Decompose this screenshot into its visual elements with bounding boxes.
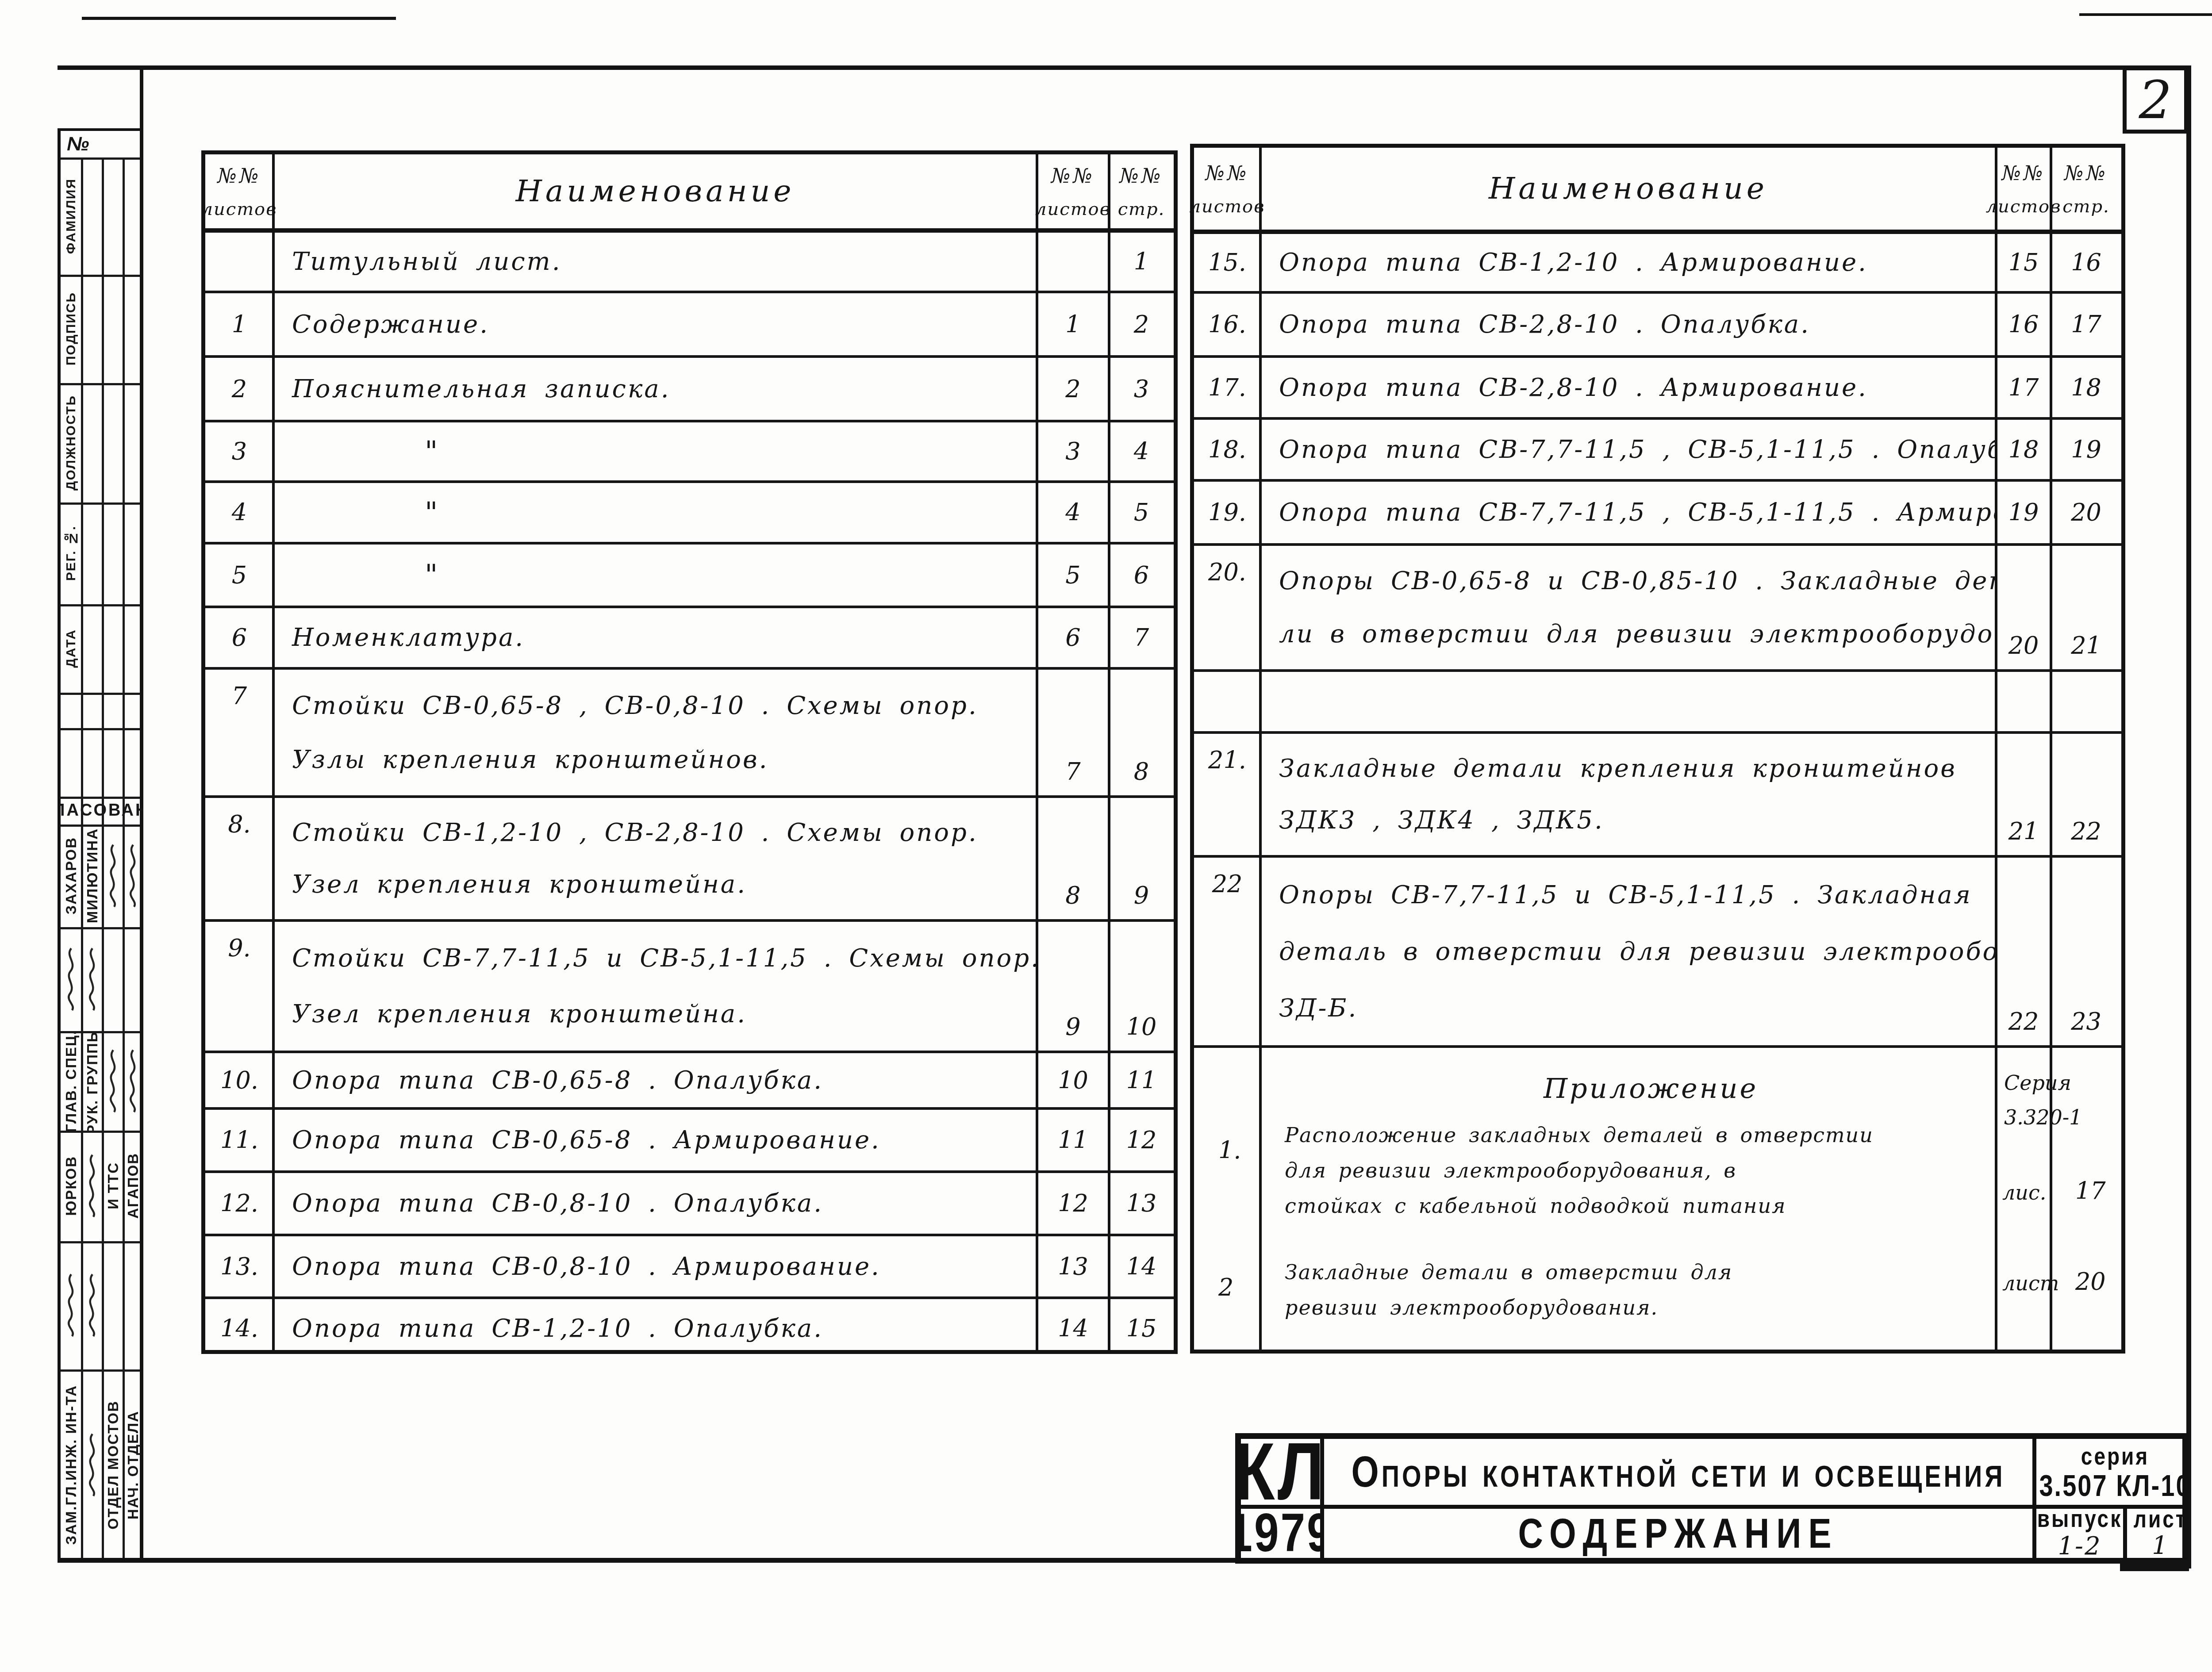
header-name-label: Наименование	[1489, 171, 1768, 206]
sheet-number-cell: 12	[1037, 1173, 1109, 1234]
sheet-number-cell: 9	[1037, 922, 1109, 1051]
page-number: 11	[1126, 1066, 1157, 1094]
table-row: 7Стойки СВ-0,65-8 , СВ-0,8-10 . Схемы оп…	[205, 670, 1174, 798]
name-cell: Титульный лист.	[273, 233, 1037, 291]
name-line: Опора типа СВ-0,65-8 . Опалубка.	[292, 1066, 823, 1095]
page-number-cell: 19	[2051, 420, 2121, 479]
sheet-number-cell: 3	[1037, 422, 1109, 480]
page-number-cell: 23	[2051, 858, 2121, 1045]
name-line: Опора типа СВ-2,8-10 . Армирование.	[1279, 373, 1868, 402]
row-number: 7	[232, 682, 247, 710]
name-cell: Опора типа СВ-0,65-8 . Опалубка.	[273, 1053, 1037, 1107]
issue-cell: выпуск 1-2	[2036, 1509, 2123, 1558]
row-number: 20.	[1208, 558, 1246, 586]
header-sub-label: листов	[1035, 199, 1111, 219]
sheet-number: 18	[2008, 436, 2039, 464]
row-number-cell: 10.	[205, 1053, 273, 1107]
row-number-cell: 22	[1194, 858, 1260, 1045]
row-number: 16.	[1208, 311, 1246, 338]
appendix-title: Приложение	[1544, 1072, 1758, 1104]
contents-table-right: №№листовНаименование№№листов№№стр.15.Опо…	[1190, 144, 2125, 1354]
sheet-number: 17	[2008, 374, 2039, 402]
column-divider	[1995, 148, 1997, 1350]
page-number: 19	[2071, 436, 2101, 464]
sheet-number: 6	[1065, 624, 1080, 652]
sidebar-entry-label: ГЛАВ. СПЕЦ.	[63, 1031, 80, 1131]
column-divider	[1259, 148, 1262, 1350]
sidebar-header-label: ПОДПИСЬ	[64, 292, 79, 365]
sheet-number-cell: 11	[1037, 1110, 1109, 1170]
table-row: 22Опоры СВ-7,7-11,5 и СВ-5,1-11,5 . Закл…	[1194, 858, 2121, 1048]
page-number-cell: 13	[1109, 1173, 1174, 1234]
page-number: 2	[1134, 311, 1149, 338]
row-number-cell: 3	[205, 422, 273, 480]
name-cell: Опора типа СВ-2,8-10 . Армирование.	[1260, 358, 1996, 417]
page-number: 18	[2071, 374, 2101, 402]
sheet-number-cell: 20	[1996, 546, 2051, 669]
frame-top-border	[58, 65, 2191, 70]
page-number: 5	[1134, 499, 1149, 526]
row-number: 2	[232, 375, 247, 403]
name-cell: "	[273, 422, 1037, 480]
appendix-item-line: Закладные детали в отверстии для	[1285, 1260, 1732, 1284]
table-row: 4"45	[205, 483, 1174, 545]
year: 1979	[1241, 1509, 1320, 1558]
table-row: 18.Опора типа СВ-7,7-11,5 , СВ-5,1-11,5 …	[1194, 420, 2121, 482]
sidebar-entry-label: НАЧ. ОТДЕЛА	[125, 1411, 142, 1519]
sheet-number-cell: 2	[1037, 358, 1109, 420]
name-line: Номенклатура.	[292, 623, 525, 652]
table-row: 8.Стойки СВ-1,2-10 , СВ-2,8-10 . Схемы о…	[205, 798, 1174, 922]
table-row: 9.Стойки СВ-7,7-11,5 и СВ-5,1-11,5 . Схе…	[205, 922, 1174, 1053]
name-line: "	[292, 559, 439, 591]
row-number: 6	[232, 624, 247, 652]
signature-scribble-icon	[124, 841, 142, 910]
sheet-number: 4	[1065, 499, 1080, 526]
page-number: 7	[1134, 624, 1149, 652]
sheet-number-cell: 14	[1037, 1299, 1109, 1358]
page-number-cell: 14	[1109, 1236, 1174, 1296]
sheet-number: 16	[2008, 311, 2039, 338]
name-line: Стойки СВ-1,2-10 , СВ-2,8-10 . Схемы опо…	[292, 818, 978, 847]
sidebar-header-label: РЕГ. №.	[64, 525, 79, 581]
sheet-cell: лист 1	[2127, 1509, 2194, 1558]
table-row: 5"56	[205, 545, 1174, 608]
page-number: 15	[1126, 1315, 1157, 1342]
page-number-cell: 3	[1109, 358, 1174, 420]
name-cell: Номенклатура.	[273, 608, 1037, 667]
row-number-cell	[1194, 672, 1260, 731]
row-number: 9.	[228, 934, 251, 962]
sheet-number: 13	[1058, 1253, 1088, 1281]
hdr-col-pages: №№стр.	[1109, 154, 1174, 228]
page-number-cell: 8	[1109, 670, 1174, 795]
name-cell: Закладные детали крепления кронштейновЗД…	[1260, 734, 1996, 855]
sheet-number-cell: 5	[1037, 545, 1109, 606]
registry-number-cell: №	[61, 131, 143, 157]
signature-scribble-icon	[124, 1047, 142, 1116]
sidebar-header-cell: ПОДПИСЬ	[61, 275, 82, 383]
sheet-number: 22	[2008, 1008, 2039, 1035]
page-number-cell	[2051, 672, 2121, 731]
page-number: 12	[1126, 1126, 1157, 1154]
sidebar-header-label: ФАМИЛИЯ	[64, 178, 79, 254]
sidebar-entry-label: РУК. ГРУППЫ	[84, 1031, 101, 1131]
page-number-cell: 22	[2051, 734, 2121, 855]
name-line: Опора типа СВ-0,8-10 . Армирование.	[292, 1252, 881, 1281]
row-number: 17.	[1208, 374, 1246, 402]
sheet-number-cell: 7	[1037, 670, 1109, 795]
series-cell: серия 3.507 КЛ-10	[2036, 1439, 2194, 1505]
name-cell: Опора типа СВ-1,2-10 . Опалубка.	[273, 1299, 1037, 1358]
sidebar-header-cell: РЕГ. №.	[61, 502, 82, 604]
signature-scribble-icon	[84, 1430, 101, 1499]
page-number-cell: 16	[2051, 234, 2121, 291]
sidebar-entry-cell: ОТДЕЛ МОСТОВ	[103, 1369, 123, 1561]
page-number-cell: 6	[1109, 545, 1174, 606]
row-number-cell: 11.	[205, 1110, 273, 1170]
name-line: Стойки СВ-7,7-11,5 и СВ-5,1-11,5 . Схемы…	[292, 944, 1037, 973]
table-row: 2Пояснительная записка.23	[205, 358, 1174, 422]
org-code: КЛ	[1241, 1439, 1320, 1505]
sheet-number-cell: 21	[1996, 734, 2051, 855]
page-number-cell: 11	[1109, 1053, 1174, 1107]
page-number-cell: 2	[1109, 293, 1174, 355]
page-number: 17	[2071, 311, 2101, 338]
row-number-cell: 21.	[1194, 734, 1260, 855]
table-row: 17.Опора типа СВ-2,8-10 . Армирование.17…	[1194, 358, 2121, 420]
stamp-title: Опоры контактной сети и освещения	[1351, 1447, 2005, 1496]
name-line: Узлы крепления кронштейнов.	[292, 745, 768, 774]
registry-number-label: №	[67, 133, 89, 155]
sidebar-entry-cell	[82, 1241, 103, 1369]
sheet-number-cell: 16	[1996, 294, 2051, 355]
sheet-number-cell: 17	[1996, 358, 2051, 417]
sidebar-header-cell: ФАМИЛИЯ	[61, 157, 82, 275]
name-line: "	[292, 435, 439, 468]
sidebar-entry-cell	[103, 824, 123, 927]
name-line: Узел крепления кронштейна.	[292, 870, 747, 899]
sidebar-gridline	[61, 693, 140, 695]
page-number-cell: 12	[1109, 1110, 1174, 1170]
name-cell: Опора типа СВ-2,8-10 . Опалубка.	[1260, 294, 1996, 355]
sheet-number-cell: 6	[1037, 608, 1109, 667]
table-row: 13.Опора типа СВ-0,8-10 . Армирование.13…	[205, 1236, 1174, 1299]
hdr-col-name: Наименование	[1260, 148, 1996, 230]
table-row: 19.Опора типа СВ-7,7-11,5 , СВ-5,1-11,5 …	[1194, 482, 2121, 546]
sidebar-entry-cell: И ТТС	[103, 1131, 123, 1241]
sidebar-entry-cell	[61, 927, 82, 1031]
row-number-cell: 16.	[1194, 294, 1260, 355]
sidebar-column-divider	[81, 157, 83, 1558]
page-number-cell: 1	[1109, 233, 1174, 291]
sidebar-entry-label: ОТДЕЛ МОСТОВ	[105, 1400, 122, 1530]
issue-value: 1-2	[2058, 1532, 2101, 1558]
page-number: 3	[1134, 375, 1149, 403]
stamp-title-cell: Опоры контактной сети и освещения	[1324, 1439, 2032, 1505]
sheet-number: 10	[1058, 1066, 1088, 1094]
row-number: 12.	[220, 1189, 258, 1217]
page-number: 1	[1134, 248, 1149, 276]
name-cell: Опоры СВ-7,7-11,5 и СВ-5,1-11,5 . Заклад…	[1260, 858, 1996, 1045]
column-divider	[272, 154, 275, 1350]
sidebar-entry-label: МИЛЮТИНА	[84, 828, 101, 923]
row-number: 14.	[220, 1315, 258, 1342]
page-number-cell: 7	[1109, 608, 1174, 667]
name-cell: Опора типа СВ-0,8-10 . Армирование.	[273, 1236, 1037, 1296]
sidebar-entry-cell: ЗАХАРОВ	[61, 824, 82, 927]
name-cell: Опора типа СВ-7,7-11,5 , СВ-5,1-11,5 . А…	[1260, 482, 1996, 543]
appendix-sheet-label: лис.	[2002, 1181, 2046, 1204]
sheet-number: 12	[1058, 1189, 1088, 1217]
hdr-col-pages: №№стр.	[2051, 148, 2121, 230]
name-cell: Пояснительная записка.	[273, 358, 1037, 420]
row-number-cell: 19.	[1194, 482, 1260, 543]
page-number: 4	[1134, 437, 1149, 465]
hdr-col-num: №№листов	[1194, 148, 1260, 230]
name-line: Опора типа СВ-1,2-10 . Армирование.	[1279, 248, 1868, 277]
page-number: 9	[1134, 882, 1149, 909]
appendix-item-line: Расположение закладных деталей в отверст…	[1285, 1123, 1874, 1147]
sidebar-entry-cell	[123, 927, 143, 1031]
sidebar-entry-cell	[123, 1031, 143, 1131]
sidebar-entry-cell	[82, 1369, 103, 1561]
signature-scribble-icon	[84, 1151, 101, 1220]
name-line: Опора типа СВ-1,2-10 . Опалубка.	[292, 1314, 823, 1343]
row-number: 10.	[220, 1066, 258, 1094]
header-sub-label: листов	[1190, 196, 1265, 217]
header-sub-label: листов	[202, 199, 277, 219]
org-code-cell: КЛ	[1241, 1439, 1320, 1505]
page-number-cell: 9	[1109, 798, 1174, 919]
sidebar-entry-cell	[103, 927, 123, 1031]
header-sub-label: стр.	[1118, 199, 1165, 219]
page-number: 22	[2071, 817, 2101, 845]
contents-table-left: №№листовНаименование№№листов№№стр.Титуль…	[201, 150, 1178, 1354]
series-label: серия	[2081, 1441, 2149, 1470]
sidebar-entry-cell: ЮРКОВ	[61, 1131, 82, 1241]
row-number: 3	[232, 437, 247, 465]
sheet-number-cell	[1996, 672, 2051, 731]
signature-scribble-icon	[84, 945, 101, 1014]
scan-edge-mark	[82, 17, 396, 20]
page-number-cell: 18	[2051, 358, 2121, 417]
sheet-number-cell	[1037, 233, 1109, 291]
sidebar-column-divider	[123, 157, 125, 1558]
row-number-cell	[205, 233, 273, 291]
sidebar-entry-cell	[123, 824, 143, 927]
name-cell: Опора типа СВ-0,8-10 . Опалубка.	[273, 1173, 1037, 1234]
row-number-cell: 18.	[1194, 420, 1260, 479]
page-number: 16	[2071, 249, 2101, 276]
page-number: 8	[1134, 758, 1149, 786]
sidebar-gridline	[61, 728, 140, 730]
row-number: 22	[1212, 870, 1243, 898]
sheet-number-cell: 8	[1037, 798, 1109, 919]
row-number-cell: 6	[205, 608, 273, 667]
table-row: 12.Опора типа СВ-0,8-10 . Опалубка.1213	[205, 1173, 1174, 1236]
appendix-series-note: Серия	[2004, 1071, 2071, 1095]
row-number: 5	[232, 561, 247, 589]
name-cell: Опоры СВ-0,65-8 и СВ-0,85-10 . Закладные…	[1260, 546, 1996, 669]
row-number: 1	[232, 311, 247, 338]
sheet-number: 2	[2139, 69, 2172, 130]
sheet-number-cell: 4	[1037, 483, 1109, 542]
sidebar-approval-strip: №ФАМИЛИЯПОДПИСЬДОЛЖНОСТЬРЕГ. №.ДАТАСОГЛА…	[58, 128, 140, 1558]
appendix-item-number: 1.	[1218, 1136, 1241, 1164]
name-cell	[1260, 672, 1996, 731]
title-block: КЛ Опоры контактной сети и освещения сер…	[1235, 1433, 2188, 1564]
sheet-number-cell: 15	[1996, 234, 2051, 291]
row-number: 18.	[1208, 436, 1246, 464]
sheet-number: 14	[1058, 1315, 1088, 1342]
page-number: 10	[1126, 1013, 1157, 1041]
page-number-cell: 15	[1109, 1299, 1174, 1358]
sidebar-entry-cell	[82, 1131, 103, 1241]
name-line: ЗДК3 , ЗДК4 , ЗДК5.	[1279, 806, 1604, 835]
row-number: 19.	[1208, 499, 1246, 526]
name-line: Опоры СВ-7,7-11,5 и СВ-5,1-11,5 . Заклад…	[1279, 881, 1972, 909]
scan-smudge	[2120, 1560, 2189, 1571]
sheet-number: 3	[1065, 437, 1080, 465]
header-nn-label: №№	[1051, 164, 1095, 188]
name-line: "	[292, 496, 439, 529]
series-value: 3.507 КЛ-10	[2039, 1468, 2191, 1503]
appendix-item-line: ревизии электрооборудования.	[1285, 1296, 1658, 1319]
row-number: 8.	[228, 810, 251, 838]
sheet-number-cell: 1	[1037, 293, 1109, 355]
name-line: Стойки СВ-0,65-8 , СВ-0,8-10 . Схемы опо…	[292, 691, 978, 720]
row-number-cell: 5	[205, 545, 273, 606]
name-cell: Опора типа СВ-0,65-8 . Армирование.	[273, 1110, 1037, 1170]
hdr-col-name: Наименование	[273, 154, 1037, 228]
doc-title: Содержание	[1518, 1509, 1839, 1558]
sheet-value: 1	[2152, 1531, 2169, 1558]
signature-scribble-icon	[104, 841, 122, 910]
name-line: Пояснительная записка.	[292, 375, 671, 403]
name-line: Опора типа СВ-0,8-10 . Опалубка.	[292, 1189, 823, 1218]
column-divider	[1036, 154, 1038, 1350]
row-number: 4	[232, 499, 247, 526]
name-cell: Стойки СВ-1,2-10 , СВ-2,8-10 . Схемы опо…	[273, 798, 1037, 919]
sheet-number: 1	[1065, 311, 1080, 338]
page-number-cell: 10	[1109, 922, 1174, 1051]
header-name-label: Наименование	[516, 174, 795, 209]
row-number-cell: 9.	[205, 922, 273, 1051]
sidebar-column-divider	[102, 157, 104, 1558]
sheet-number-box: 2	[2123, 66, 2188, 134]
name-line: Узел крепления кронштейна.	[292, 1000, 747, 1028]
appendix-section: ПриложениеСерия3.320-11.Расположение зак…	[1194, 1048, 2121, 1358]
sheet-number: 11	[1058, 1126, 1088, 1154]
row-number-cell: 17.	[1194, 358, 1260, 417]
table-row: 3"34	[205, 422, 1174, 483]
table-row	[1194, 672, 2121, 734]
sidebar-entry-cell: ГЛАВ. СПЕЦ.	[61, 1031, 82, 1131]
sheet-number: 7	[1065, 758, 1080, 786]
header-nn-label: №№	[2001, 161, 2045, 185]
sidebar-entry-label: ЗАМ.ГЛ.ИНЖ. ИН-ТА	[63, 1385, 80, 1545]
sidebar-entry-cell	[82, 927, 103, 1031]
table-row: 14.Опора типа СВ-1,2-10 . Опалубка.1415	[205, 1299, 1174, 1358]
name-line: деталь в отверстии для ревизии электрооб…	[1279, 937, 1996, 966]
row-number-cell: 14.	[205, 1299, 273, 1358]
name-cell: Опора типа СВ-7,7-11,5 , СВ-5,1-11,5 . О…	[1260, 420, 1996, 479]
page-number: 6	[1134, 561, 1149, 589]
hdr-col-num: №№листов	[205, 154, 273, 228]
scanned-contents-sheet: 2 №ФАМИЛИЯПОДПИСЬДОЛЖНОСТЬРЕГ. №.ДАТАСОГ…	[0, 0, 2212, 1672]
header-nn-label: №№	[1119, 164, 1163, 188]
appendix-page-number: 20	[2075, 1268, 2106, 1296]
table-row: 20.Опоры СВ-0,65-8 и СВ-0,85-10 . Заклад…	[1194, 546, 2121, 672]
page-number-cell: 17	[2051, 294, 2121, 355]
page-number: 23	[2071, 1008, 2101, 1035]
sheet-number-cell: 22	[1996, 858, 2051, 1045]
row-number: 13.	[220, 1253, 258, 1281]
table-row: 1Содержание.12	[205, 293, 1174, 358]
row-number: 11.	[220, 1126, 258, 1154]
signature-scribble-icon	[84, 1271, 101, 1340]
hdr-col-sheets: №№листов	[1996, 148, 2051, 230]
sheet-number-cell: 13	[1037, 1236, 1109, 1296]
row-number: 15.	[1208, 249, 1246, 276]
appendix-item-line: для ревизии электрооборудования, в	[1285, 1158, 1736, 1182]
sidebar-entry-cell: ЗАМ.ГЛ.ИНЖ. ИН-ТА	[61, 1369, 82, 1561]
row-number-cell: 15.	[1194, 234, 1260, 291]
sheet-number: 8	[1065, 882, 1080, 909]
name-line: Титульный лист.	[292, 247, 562, 276]
header-sub-label: стр.	[2062, 196, 2110, 217]
sidebar-entry-label: ЗАХАРОВ	[63, 837, 80, 914]
table-header-row: №№листовНаименование№№листов№№стр.	[205, 154, 1174, 233]
year-cell: 1979	[1241, 1509, 1320, 1558]
header-nn-label: №№	[1205, 161, 1249, 185]
sidebar-header-cell: ДОЛЖНОСТЬ	[61, 383, 82, 502]
name-line: Опора типа СВ-7,7-11,5 , СВ-5,1-11,5 . А…	[1279, 498, 1996, 527]
name-line: Опора типа СВ-7,7-11,5 , СВ-5,1-11,5 . О…	[1279, 435, 1996, 464]
page-number: 21	[2071, 632, 2101, 660]
column-divider	[2050, 148, 2052, 1350]
appendix-item-number: 2	[1218, 1273, 1233, 1301]
name-cell: Содержание.	[273, 293, 1037, 355]
appendix-item-line: стойках с кабельной подводкой питания	[1285, 1194, 1786, 1218]
sidebar-entry-label: И ТТС	[105, 1162, 122, 1209]
table-row: 11.Опора типа СВ-0,65-8 . Армирование.11…	[205, 1110, 1174, 1173]
sidebar-entry-cell: АГАПОВ	[123, 1131, 143, 1241]
page-number-cell: 4	[1109, 422, 1174, 480]
sheet-number: 5	[1065, 561, 1080, 589]
frame-right-border	[2186, 65, 2191, 1568]
doc-title-cell: Содержание	[1324, 1509, 2032, 1558]
name-line: Опора типа СВ-2,8-10 . Опалубка.	[1279, 310, 1810, 339]
sidebar-entry-cell	[123, 1241, 143, 1369]
page-number-cell: 20	[2051, 482, 2121, 543]
row-number-cell: 7	[205, 670, 273, 795]
signature-scribble-icon	[62, 945, 80, 1014]
sheet-number: 20	[2008, 632, 2039, 660]
sheet-label: лист	[2134, 1509, 2188, 1533]
page-number: 14	[1126, 1253, 1157, 1281]
sidebar-entry-label: АГАПОВ	[125, 1153, 142, 1219]
name-cell: Стойки СВ-0,65-8 , СВ-0,8-10 . Схемы опо…	[273, 670, 1037, 795]
sidebar-entry-cell: НАЧ. ОТДЕЛА	[123, 1369, 143, 1561]
page-number-cell: 21	[2051, 546, 2121, 669]
sheet-number-cell: 18	[1996, 420, 2051, 479]
page-number: 13	[1126, 1189, 1157, 1217]
table-row: 16.Опора типа СВ-2,8-10 . Опалубка.1617	[1194, 294, 2121, 358]
sheet-number: 21	[2008, 817, 2039, 845]
name-cell: Опора типа СВ-1,2-10 . Армирование.	[1260, 234, 1996, 291]
